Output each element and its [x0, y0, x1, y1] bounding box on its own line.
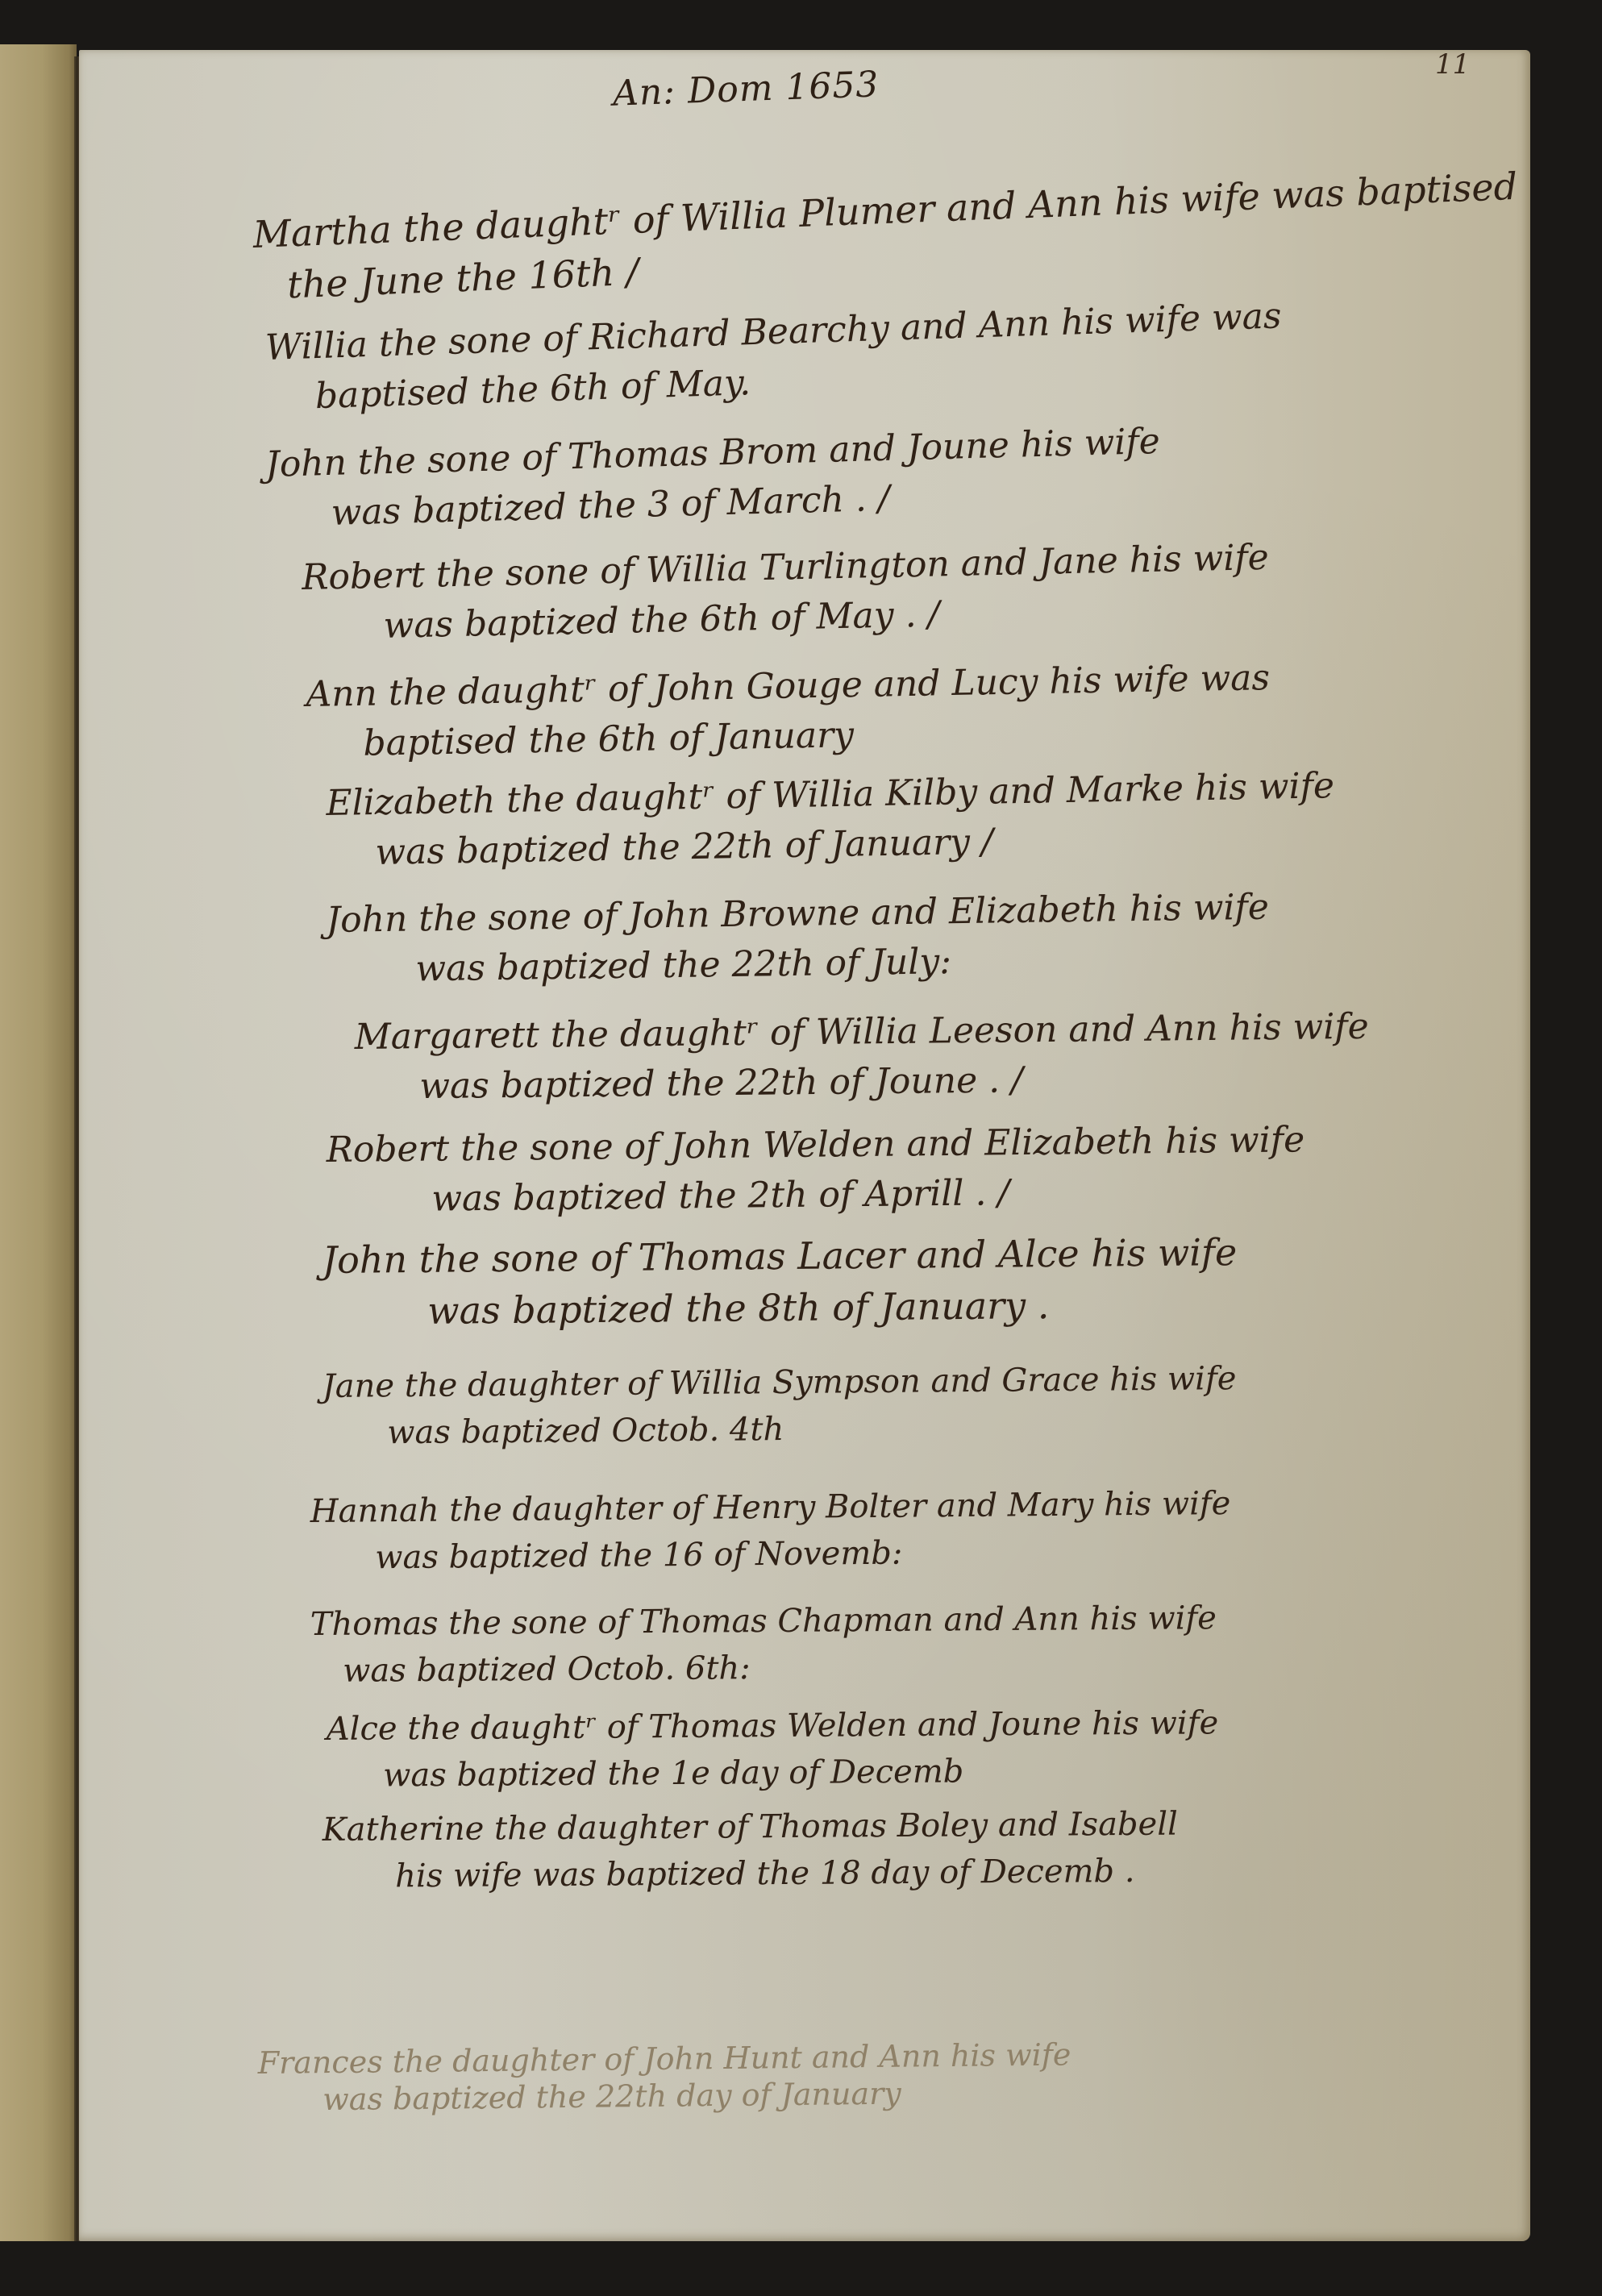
- register-entry: Jane the daughter of Willia Sympson and …: [322, 1362, 1238, 1450]
- register-entry: Alce the daughtʳ of Thomas Welden and Jo…: [327, 1707, 1219, 1792]
- entry-line-1: Hannah the daughter of Henry Bolter and …: [310, 1485, 1231, 1530]
- left-page-edge: [0, 44, 77, 2241]
- entry-line-1: Jane the daughter of Willia Sympson and …: [322, 1360, 1237, 1405]
- register-entry: Robert the sone of John Welden and Eliza…: [326, 1122, 1305, 1218]
- entry-line-1: Katherine the daughter of Thomas Boley a…: [322, 1806, 1178, 1849]
- register-entry-faded: Frances the daughter of John Hunt and An…: [258, 2039, 1071, 2115]
- entry-line-2: was baptized the 8th of January .: [427, 1285, 1238, 1329]
- entry-line-1: Alce the daughtʳ of Thomas Welden and Jo…: [327, 1704, 1219, 1748]
- entry-line-1: Thomas the sone of Thomas Chapman and An…: [310, 1599, 1217, 1643]
- register-entry: Margarett the daughtʳ of Willia Leeson a…: [354, 1009, 1369, 1105]
- register-entry: Hannah the daughter of Henry Bolter and …: [310, 1487, 1231, 1574]
- register-entry: John the sone of John Browne and Elizabe…: [326, 890, 1270, 988]
- register-entry: Thomas the sone of Thomas Chapman and An…: [310, 1602, 1217, 1687]
- entry-line-2: was baptized the 1e day of Decemb: [383, 1753, 1219, 1791]
- register-entry: Katherine the daughter of Thomas Boley a…: [322, 1808, 1179, 1893]
- register-entry: Elizabeth the daughtʳ of Willia Kilby an…: [326, 768, 1335, 871]
- entry-line-1: John the sone of Thomas Lacer and Alce h…: [322, 1230, 1237, 1282]
- register-entry: Ann the daughtʳ of John Gouge and Lucy h…: [306, 660, 1271, 763]
- entry-line-2: his wife was baptized the 18 day of Dece…: [395, 1855, 1178, 1893]
- entry-line-1: Frances the daughter of John Hunt and An…: [258, 2036, 1071, 2081]
- entry-line-2: was baptized Octob. 6th:: [343, 1649, 1217, 1687]
- folio-number: 11: [1435, 48, 1470, 81]
- register-entry: John the sone of Thomas Lacer and Alce h…: [322, 1233, 1238, 1330]
